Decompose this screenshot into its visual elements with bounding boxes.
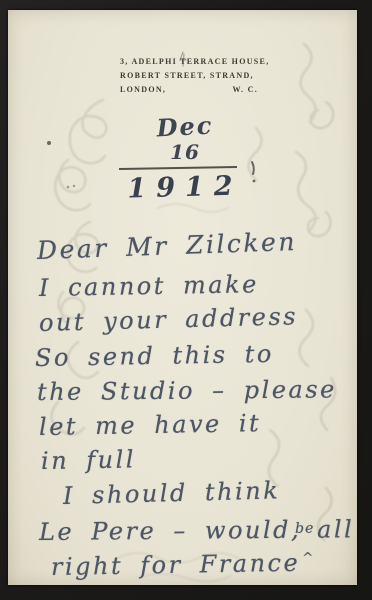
letterhead-city: LONDON,	[120, 83, 166, 97]
body-line: the Studio – please	[37, 375, 337, 406]
letterhead-address-line: LONDON, W. C.	[120, 83, 258, 97]
body-line: I cannot make	[39, 270, 259, 302]
letter-photograph: 3, ADELPHI TERRACE HOUSE, ROBERT STREET,…	[0, 0, 372, 600]
body-line: in full	[41, 445, 136, 475]
date-block: Dec 16 1912	[115, 112, 255, 203]
letterhead-postal-district: W. C.	[232, 83, 258, 97]
body-line: I should think	[63, 476, 281, 510]
caret-mark: ^	[302, 551, 313, 566]
body-line-with-insertion: Le Pere – would,be^all	[39, 515, 354, 546]
salutation-line: Dear Mr Zilcken	[36, 227, 297, 265]
date-underline	[119, 166, 237, 170]
body-line: out your address	[39, 302, 299, 337]
date-year: 1912	[115, 170, 256, 205]
letterhead-address-line: ROBERT STREET, STRAND,	[120, 69, 258, 83]
date-day: 16	[115, 140, 255, 164]
body-line-text: all	[317, 515, 354, 543]
body-line: let me have it	[39, 409, 262, 441]
body-line: So send this to	[35, 340, 274, 372]
letter-paper: 3, ADELPHI TERRACE HOUSE, ROBERT STREET,…	[8, 10, 357, 585]
inserted-word: be	[295, 521, 314, 537]
body-line: right for France	[51, 549, 301, 581]
letterhead-address-line: 3, ADELPHI TERRACE HOUSE,	[120, 55, 258, 69]
body-line-text: Le Pere – would,	[39, 516, 301, 546]
letterhead: 3, ADELPHI TERRACE HOUSE, ROBERT STREET,…	[120, 55, 258, 97]
